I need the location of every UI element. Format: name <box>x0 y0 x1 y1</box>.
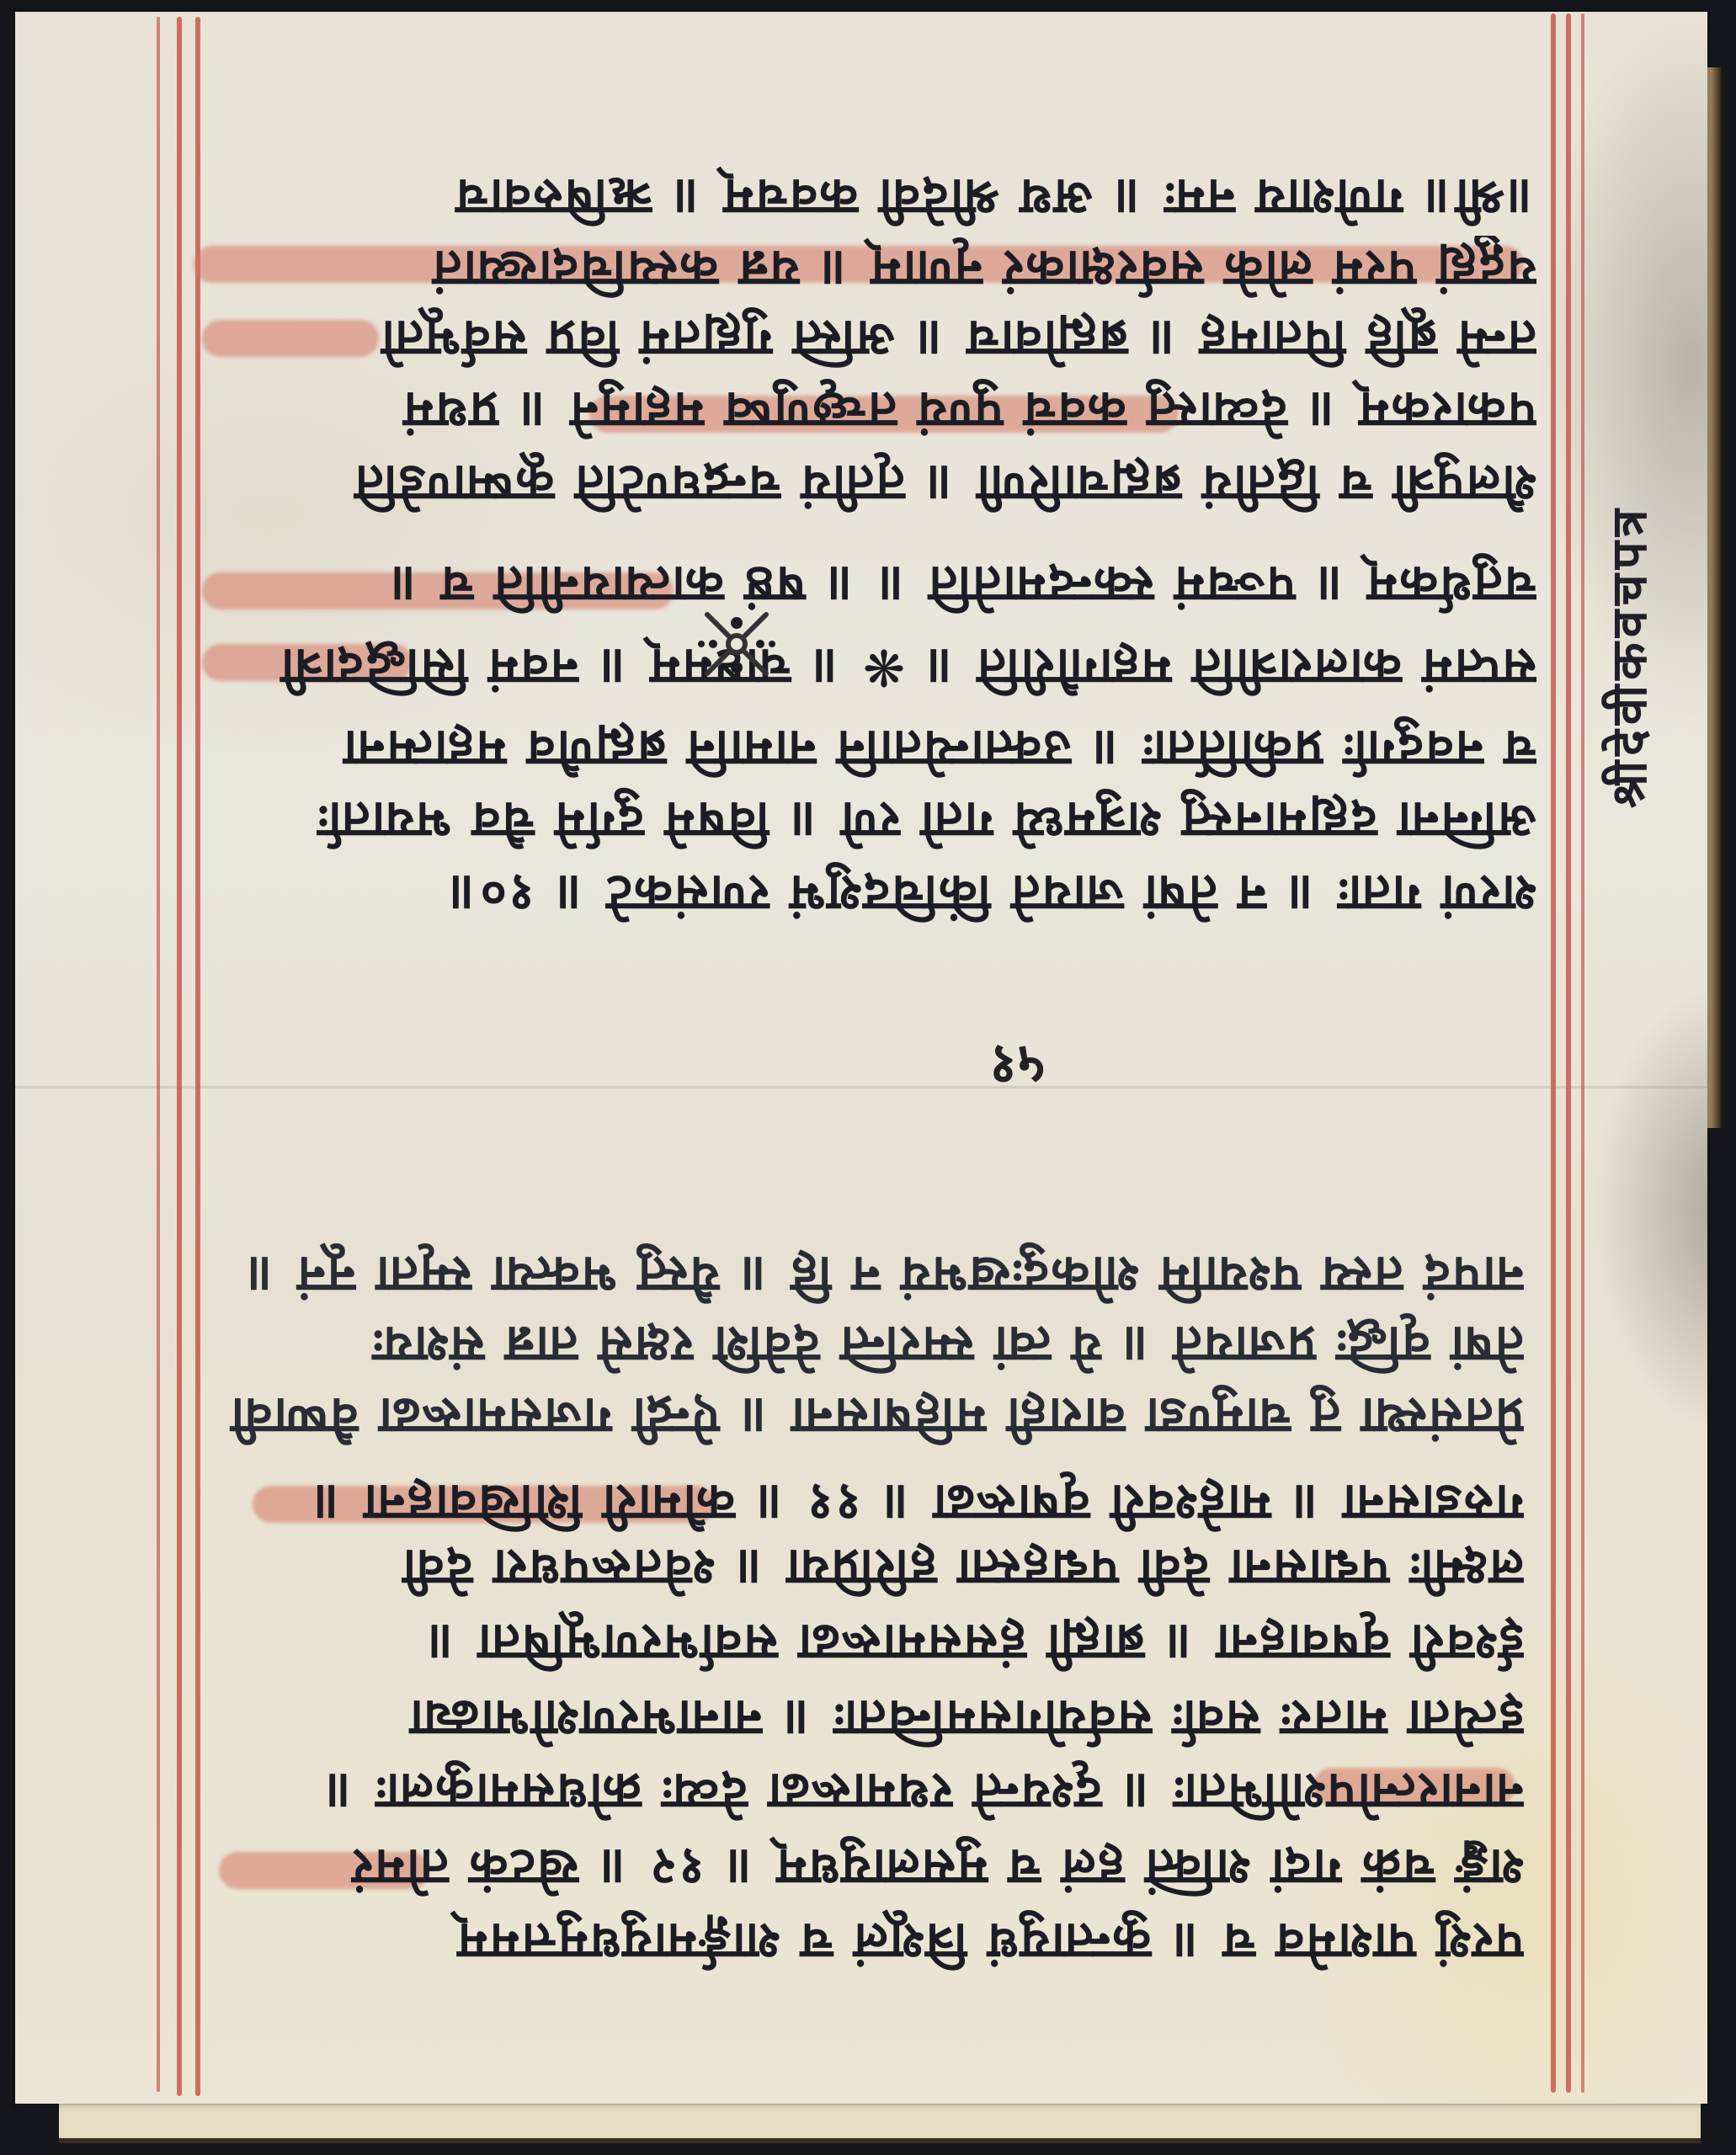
manuscript-line: यद्गुह्यं परमं लोके सर्वरक्षाकरं नृणाम् … <box>206 236 1536 301</box>
manuscript-line: प्रेतसंस्था तु चामुण्डा वाराही महिषासना … <box>194 1383 1524 1449</box>
folio-number: ५१ <box>989 1031 1046 1104</box>
manuscript-line: शङ्खं चक्रं गदां शक्तिं हलं च मुसलायुधम्… <box>194 1834 1524 1900</box>
manuscript-line: परशुं पाशमेव च ॥ कुन्तायुधं त्रिशूलं च श… <box>194 1908 1524 1974</box>
manuscript-line: चतुर्थकम् ॥ पञ्चमं स्कन्दमातेति ॥ ॥ षष्ठ… <box>206 551 1536 617</box>
manuscript-line: च नवदुर्गाः प्रकीर्तिताः ॥ उक्तान्येतानि… <box>206 716 1536 781</box>
center-fold-crease <box>15 1086 1707 1088</box>
manuscript-line: लक्ष्मीः पद्मासना देवी पद्महस्ता हरिप्रि… <box>194 1535 1524 1600</box>
star-ornament-icon <box>695 602 779 686</box>
manuscript-line: ॥श्री॥ गणेशाय नमः ॥ अथ श्रीदेवी कवचम् ॥ … <box>206 164 1536 230</box>
manuscript-line: शरणं गताः ॥ न तेषां जायते किंचिदशुभं रणस… <box>206 860 1536 926</box>
manuscript-line: सप्तमं कालरात्रीति महागौरीति ॥ ❋ ॥ चाष्ट… <box>206 634 1536 700</box>
right-margin-rule-outer <box>1551 13 1556 2093</box>
manuscript-line: तन्मे ब्रूहि पितामह ॥ ब्रह्मोवाच ॥ अस्ति… <box>206 306 1536 371</box>
manuscript-line: पकारकम् ॥ देव्यास्तु कवचं पुण्यं तच्छृणु… <box>206 377 1536 443</box>
right-margin-rule-inner <box>1581 13 1584 2093</box>
manuscript-line: ईश्वरी वृषवाहना ॥ ब्राह्मी हंससमारूढा सर… <box>194 1610 1524 1675</box>
left-margin-rule-middle <box>177 17 182 2096</box>
manuscript-line: शैलपुत्री च द्वितीयं ब्रह्मचारिणी ॥ तृती… <box>206 450 1536 516</box>
margin-title-note: श्रीदेवीकवचपत्र <box>1595 311 1663 808</box>
manuscript-line: नानारत्नोपशोभिताः ॥ दृश्यन्ते रथमारूढा द… <box>194 1759 1524 1824</box>
left-margin-rule-outer <box>157 17 160 2092</box>
manuscript-line: अग्निना दह्यमानस्तु शत्रुमध्ये गतो रणे ॥… <box>206 787 1536 853</box>
manuscript-line: गरुडासना ॥ माहेश्वरी वृषारूढा ॥ ११ ॥ कौम… <box>194 1470 1524 1535</box>
manuscript-line: तेषां वृद्धिः प्रजायते ॥ ये त्वां स्मरन्… <box>194 1312 1524 1377</box>
manuscript-line: इत्येता मातरः सर्वाः सर्वयोगसमन्विताः ॥ … <box>194 1685 1524 1751</box>
right-margin-rule-middle <box>1566 13 1571 2093</box>
manuscript-line: नापदं तस्य पश्यामि शोकदुःखभयं न हि ॥ यैस… <box>194 1242 1524 1307</box>
